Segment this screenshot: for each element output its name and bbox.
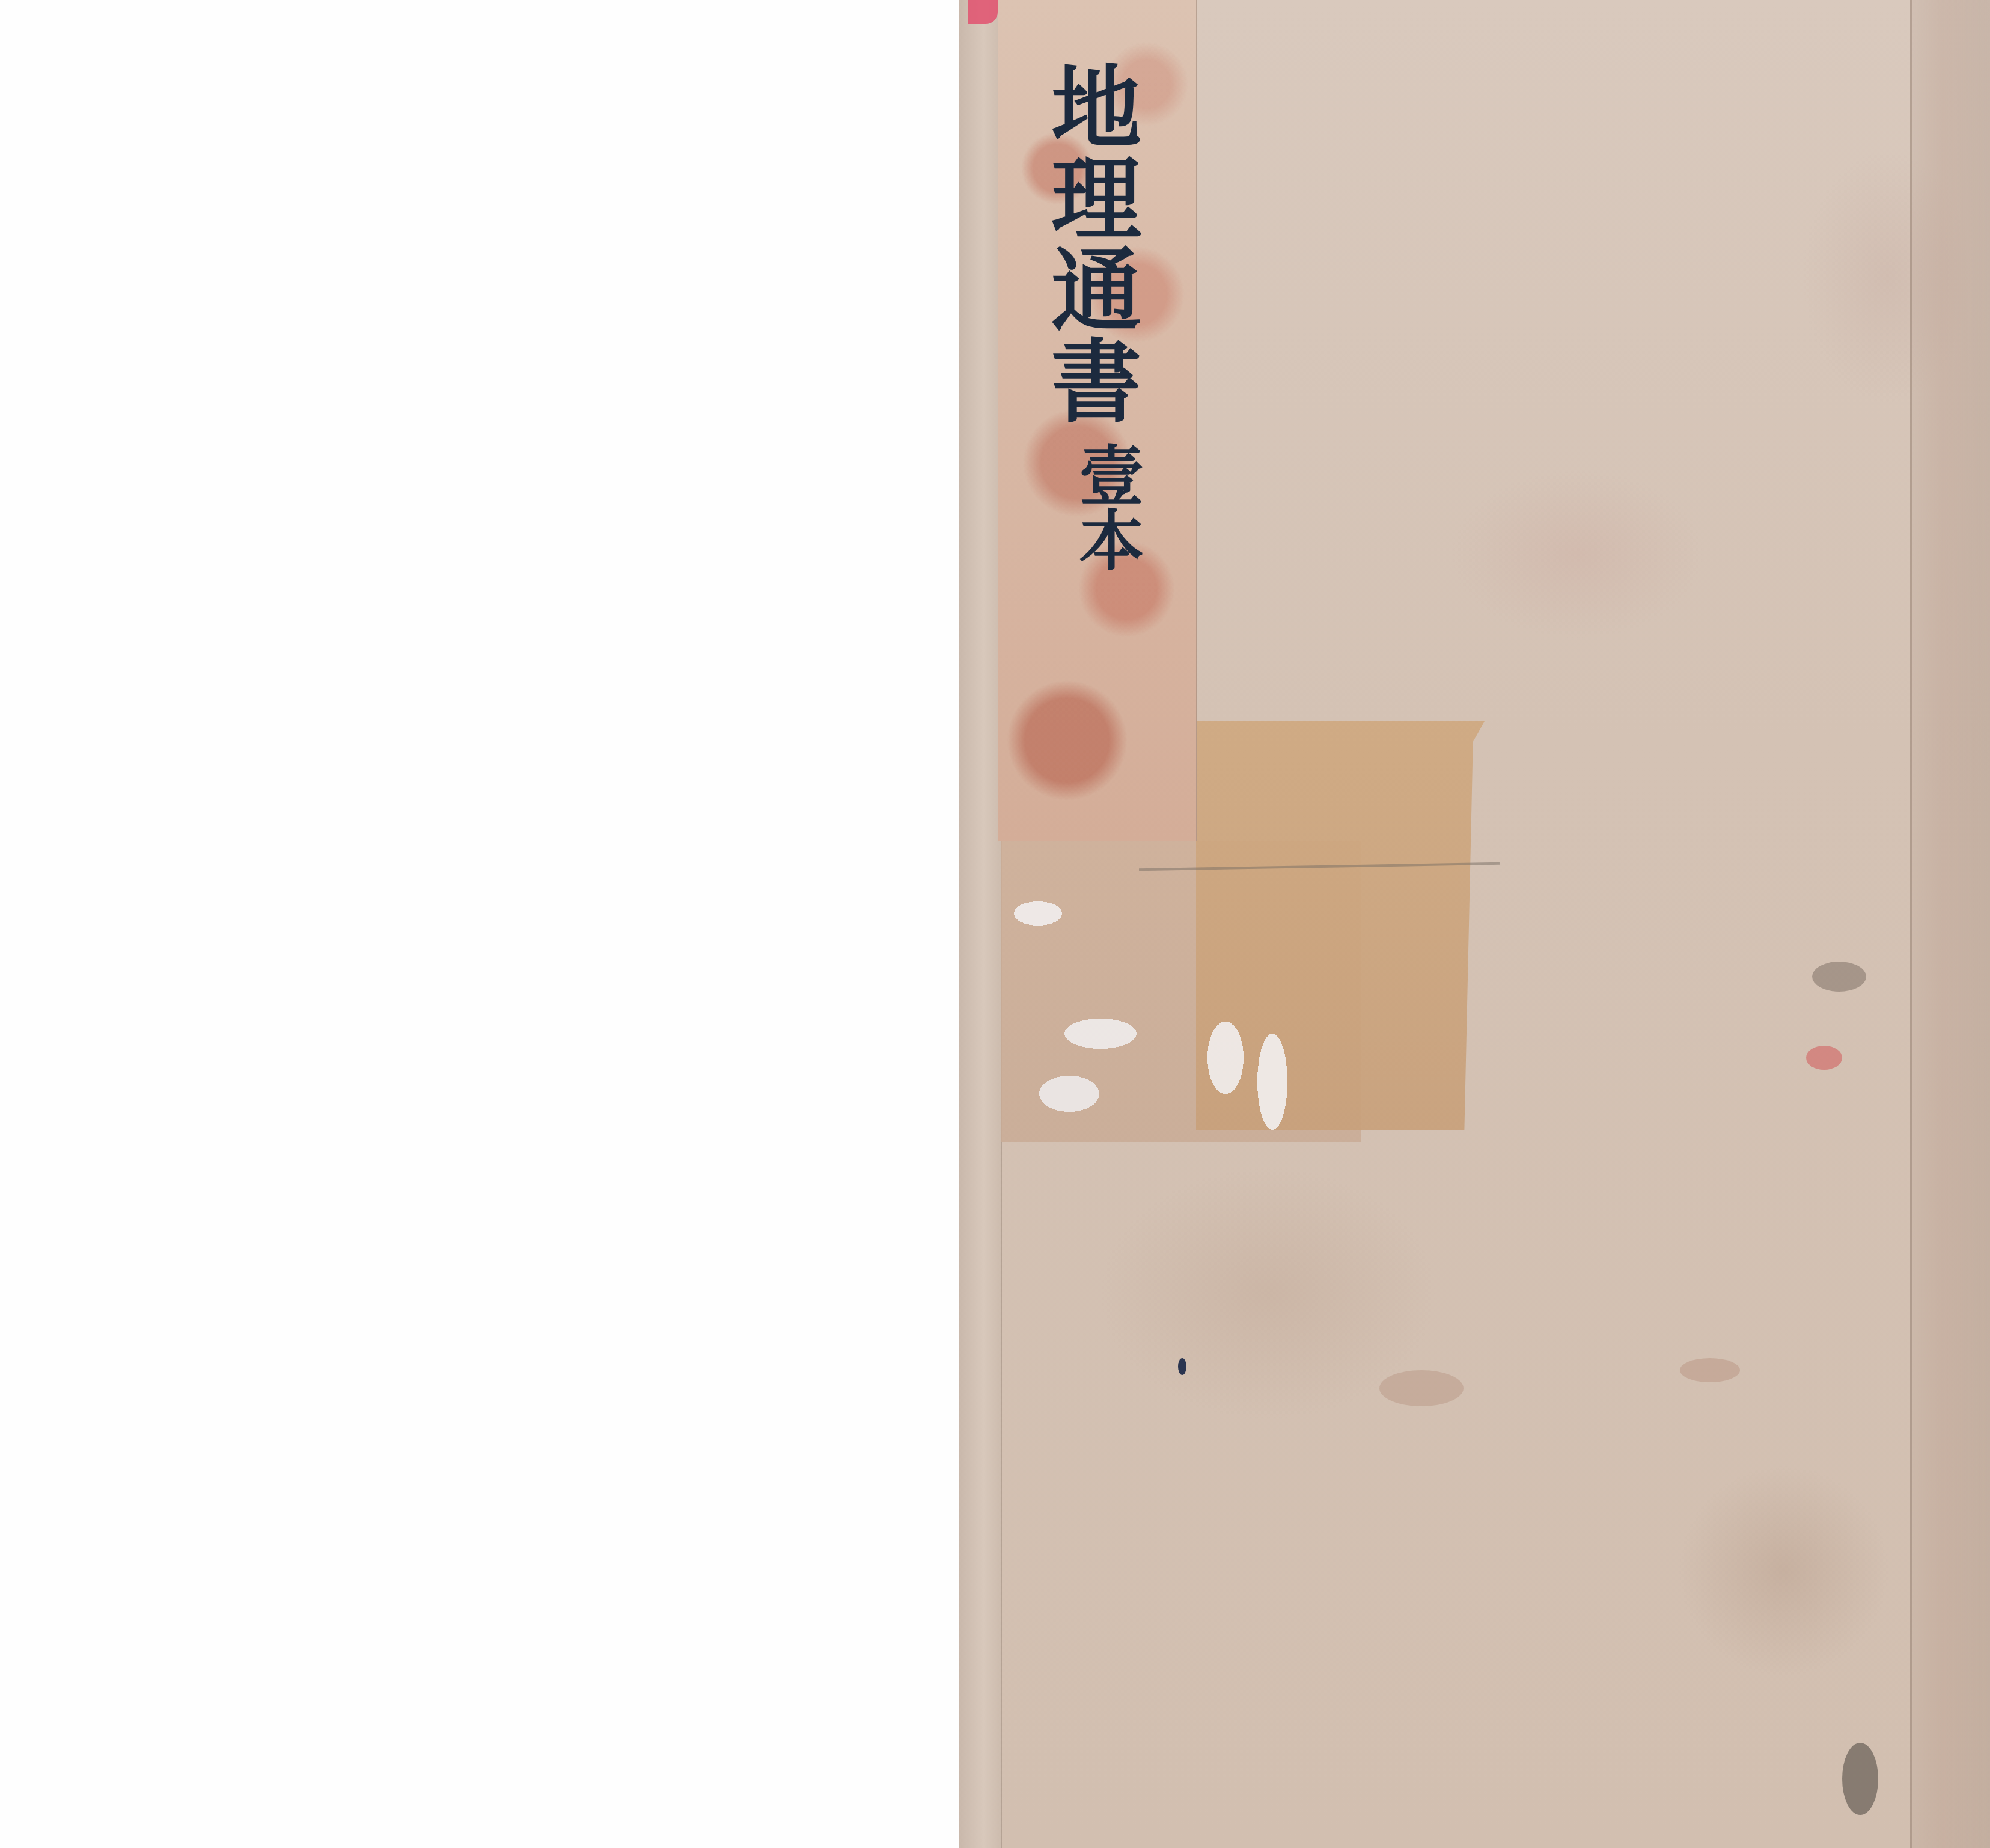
stain xyxy=(1806,1046,1842,1070)
ink-spot xyxy=(1178,1358,1186,1375)
stain xyxy=(1842,1743,1878,1815)
volume-label: 壹本 xyxy=(1070,442,1142,572)
spine-edge xyxy=(959,0,1002,1848)
book-title: 地理通書 xyxy=(1016,60,1136,425)
stain xyxy=(1379,1370,1464,1406)
blank-left-area xyxy=(0,0,959,1848)
cover-right-edge xyxy=(1910,0,1990,1848)
book-cover: 地理通書 壹本 xyxy=(959,0,1990,1848)
stain xyxy=(1812,962,1866,992)
stain xyxy=(1680,1358,1740,1382)
torn-paper-area xyxy=(1007,889,1319,1130)
red-thread-mark xyxy=(968,0,998,24)
